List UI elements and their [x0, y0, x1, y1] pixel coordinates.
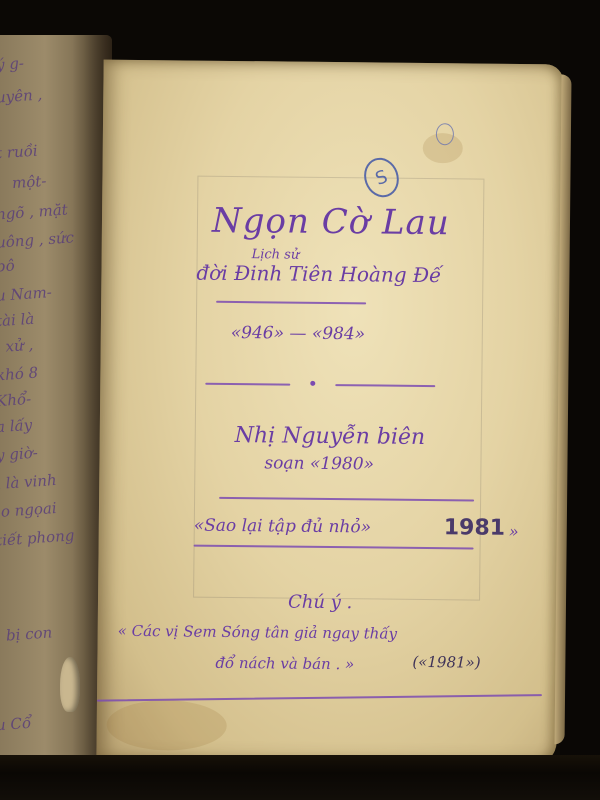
note-line-2: đổ nách và bán . » [215, 654, 354, 673]
left-page-fragment: ì là vinh [0, 471, 57, 493]
subtitle-line-2: đời Đinh Tiên Hoàng Đế [196, 261, 441, 288]
stamp-glyph: S [373, 166, 391, 190]
left-page-fragment: khó 8 [0, 364, 39, 385]
left-page-fragment: tiết phong [0, 526, 75, 549]
left-page-fragment: uyên , [0, 85, 43, 106]
left-page-fragment: Khổ- [0, 390, 32, 410]
copy-close-quote: » [509, 522, 519, 541]
left-page-fragment: y giờ- [0, 444, 38, 465]
author-line-1: Nhị Nguyễn biên [235, 423, 426, 450]
left-page-fragment: ngõ , mặt [0, 201, 68, 224]
note-line-1: « Các vị Sem Sóng tân giả ngay thấy [118, 622, 398, 643]
left-page-fragment: bô [0, 256, 15, 275]
left-page-fragment: i xử , [0, 336, 34, 357]
background-bottom [0, 755, 600, 800]
author-line-2: soạn «1980» [264, 453, 374, 474]
left-page-fragment: bị con [5, 623, 52, 644]
left-page-fragment: u Nam- [0, 283, 52, 305]
paper-stain [106, 700, 227, 751]
left-page-fragment: a lấy [0, 416, 33, 436]
left-page-fragment: ý g- [0, 54, 25, 74]
left-page-fragment: một- [11, 172, 47, 192]
title-page: S Ngọn Cờ Lau Lịch sử đời Đinh Tiên Hoàn… [96, 60, 563, 765]
book-title: Ngọn Cờ Lau [212, 201, 450, 243]
ink-scribble-icon [436, 123, 454, 145]
left-page-fragment: u Cổ [0, 714, 32, 734]
reign-dates: «946» — «984» [231, 323, 366, 344]
left-page-fragment: t ruồi [0, 142, 38, 163]
left-page-fragment: lo ngọai [0, 499, 57, 521]
divider-dot [310, 381, 315, 386]
copy-note: «Sao lại tập đủ nhỏ» [194, 516, 371, 538]
manuscript-photo: ý g- uyên , t ruồi một- ngõ , mặt uông ,… [0, 0, 600, 800]
copy-year: 1981 [444, 515, 505, 541]
note-year: («1981») [412, 653, 480, 672]
left-page: ý g- uyên , t ruồi một- ngõ , mặt uông ,… [0, 35, 112, 760]
left-page-fragment: uông , sức [0, 228, 75, 251]
note-heading: Chú ý . [288, 592, 353, 614]
left-page-fragment: tài là [0, 310, 35, 331]
bottom-rule [97, 694, 542, 701]
